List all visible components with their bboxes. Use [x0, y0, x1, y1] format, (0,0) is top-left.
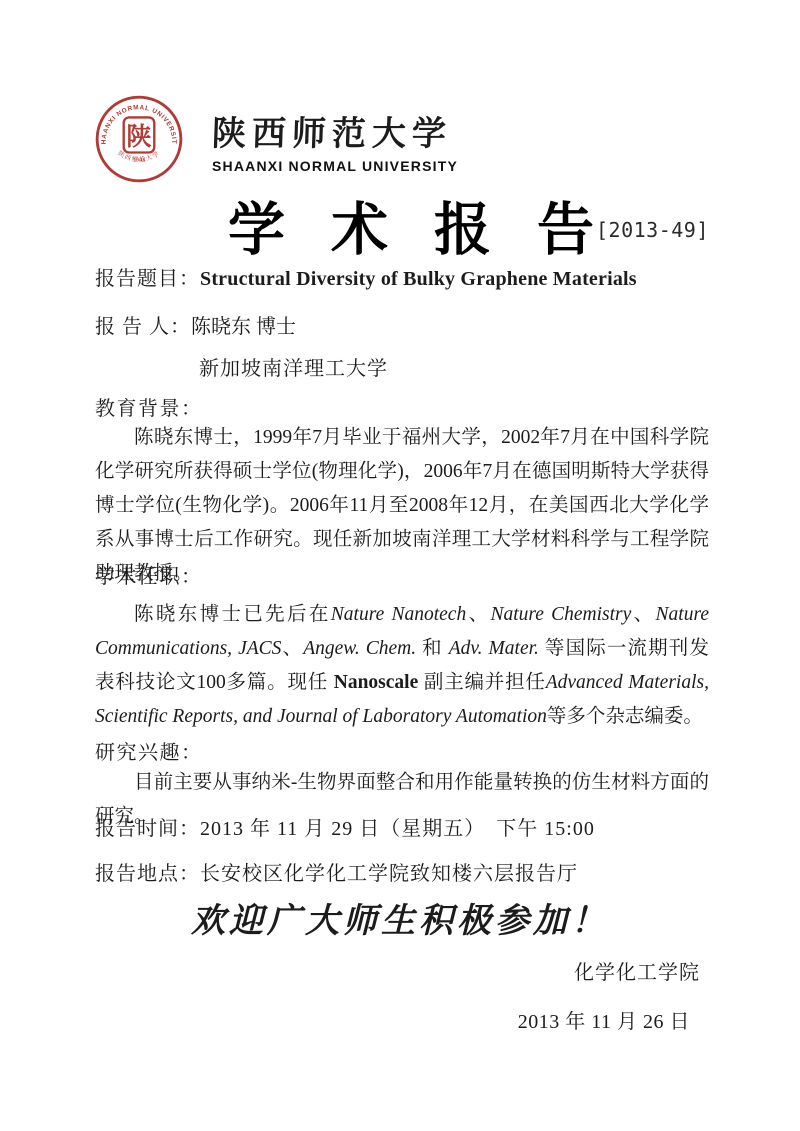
seal-center-char: 陕 [126, 122, 151, 151]
positions-paragraph: 陈晓东博士已先后在Nature Nanotech、Nature Chemistr… [95, 598, 709, 734]
field-time: 报告时间：2013 年 11 月 29 日（星期五） 下午 15:00 [95, 812, 595, 841]
venue-label: 报告地点： [95, 863, 200, 885]
field-venue: 报告地点：长安校区化学化工学院致知楼六层报告厅 [95, 857, 578, 886]
footer-date: 2013 年 11 月 26 日 [518, 1005, 690, 1034]
speaker-label: 报 告 人： [95, 316, 191, 338]
welcome-banner: 欢迎广大师生积极参加！ [0, 893, 800, 942]
footer-organization: 化学化工学院 [574, 956, 700, 985]
time-label: 报告时间： [95, 818, 200, 840]
university-seal-icon: SHAANXI NORMAL UNIVERSITY 陕西师范大学 陕 1944 [94, 94, 184, 184]
page-title: 学术报告 [228, 184, 640, 266]
section-heading-education: 教育背景： [95, 392, 203, 421]
time-value: 2013 年 11 月 29 日（星期五） 下午 15:00 [200, 818, 595, 840]
topic-label: 报告题目： [95, 268, 200, 290]
issue-number: [2013-49] [596, 218, 709, 242]
section-heading-interests: 研究兴趣： [95, 736, 203, 765]
university-wordmark: 陕西师范大学 SHAANXI NORMAL UNIVERSITY [212, 106, 458, 174]
venue-value: 长安校区化学化工学院致知楼六层报告厅 [200, 863, 578, 885]
speaker-value: 陈晓东 博士 [191, 316, 296, 338]
speaker-affiliation: 新加坡南洋理工大学 [199, 352, 388, 381]
field-topic: 报告题目：Structural Diversity of Bulky Graph… [95, 262, 637, 291]
field-speaker: 报 告 人：陈晓东 博士 [95, 310, 296, 339]
university-name-en: SHAANXI NORMAL UNIVERSITY [212, 158, 458, 174]
university-name-cn: 陕西师范大学 [211, 106, 459, 155]
seal-year: 1944 [132, 158, 146, 164]
section-heading-positions: 学术任职： [95, 560, 203, 589]
announcement-document: SHAANXI NORMAL UNIVERSITY 陕西师范大学 陕 1944 … [0, 0, 800, 1131]
topic-value: Structural Diversity of Bulky Graphene M… [200, 268, 637, 290]
